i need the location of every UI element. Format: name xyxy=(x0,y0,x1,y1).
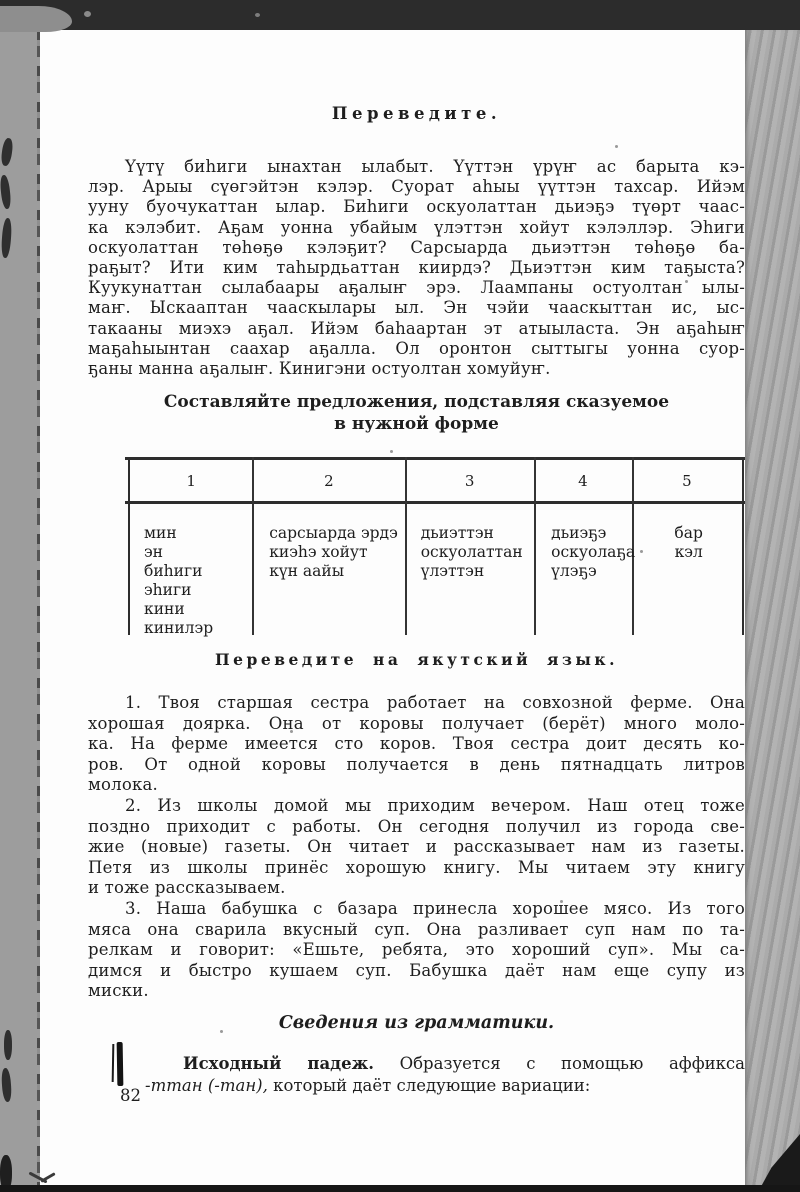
text-line: раҕыт? Ити ким таһырдьаттан киирдэ? Дьиэ… xyxy=(88,258,745,278)
grammar-affix: -ттан (-тан), xyxy=(145,1076,268,1095)
text-line: кинилэр xyxy=(144,619,249,638)
text-line: поздно приходит с работы. Он сегодня пол… xyxy=(88,817,745,838)
text-line: такааны миэхэ аҕал. Ийэм баһаартан эт ат… xyxy=(88,319,745,339)
page-number: 82 xyxy=(120,1086,141,1105)
yakut-exercise-paragraph: Үүтү биһиги ынахтан ылабыт. Үүттэн үрүҥ … xyxy=(88,157,745,379)
text-line: маҥ. Ыскааптан чааскылары ыл. Эн чэйи ча… xyxy=(88,298,745,318)
grammar-paragraph: Исходный падеж. Образуется с помощью афф… xyxy=(145,1053,745,1096)
text-line: 2. Из школы домой мы приходим вечером. Н… xyxy=(88,796,745,817)
grammar-heading: Сведения из грамматики. xyxy=(88,1013,745,1033)
scan-edge-top xyxy=(0,0,800,30)
scan-artifact xyxy=(0,137,14,166)
russian-paragraph-3: 3. Наша бабушка с базара принесла хороше… xyxy=(88,899,745,1002)
grammar-line2: -ттан (-тан), который даёт следующие вар… xyxy=(145,1075,745,1097)
page-sheet: Переведите. Үүтү биһиги ынахтан ылабыт. … xyxy=(40,30,745,1185)
text-line: Петя из школы принёс хорошую книгу. Мы ч… xyxy=(88,858,745,879)
margin-mark xyxy=(112,1042,124,1086)
grammar-line1: Исходный падеж. Образуется с помощью афф… xyxy=(145,1053,745,1075)
text-line: үлэҕэ xyxy=(551,562,635,581)
text-line: жие (новые) газеты. Он читает и рассказы… xyxy=(88,837,745,858)
text-line: ка кэлэбит. Аҕам уонна убайым үлэттэн хо… xyxy=(88,218,745,238)
text-line: молока. xyxy=(88,775,745,796)
text-line: мин xyxy=(144,524,249,543)
text-line: дьиэттэн xyxy=(421,524,531,543)
table-column-header: 5 xyxy=(632,460,742,501)
scan-artifact xyxy=(4,1030,12,1060)
scan-artifact xyxy=(1,1068,12,1103)
text-line: үлэттэн xyxy=(421,562,531,581)
text-line: ка. На ферме имеется сто коров. Твоя сес… xyxy=(88,734,745,755)
text-line: миски. xyxy=(88,981,745,1002)
text-line: 3. Наша бабушка с базара принесла хороше… xyxy=(88,899,745,920)
text-line: ҕаны манна аҕалыҥ. Кинигэни остуолтан хо… xyxy=(88,359,745,379)
grammar-term: Исходный падеж. xyxy=(183,1054,374,1073)
text-line: релкам и говорит: «Ешьте, ребята, это хо… xyxy=(88,940,745,961)
text-line: дьиэҕэ xyxy=(551,524,635,543)
table-column-header: 1 xyxy=(130,460,252,501)
text-line: сарсыарда эрдэ xyxy=(269,524,401,543)
table-column-header: 2 xyxy=(252,460,405,501)
text-line: кини xyxy=(144,600,249,619)
page-fold-line xyxy=(37,30,40,1185)
scan-artifact xyxy=(758,1134,800,1192)
text-line: мяса она сварила вкусный суп. Она разлив… xyxy=(88,920,745,941)
text-line: оскуолаттан xyxy=(421,543,531,562)
russian-paragraph-2: 2. Из школы домой мы приходим вечером. Н… xyxy=(88,796,745,899)
russian-exercise: 1. Твоя старшая сестра работает на совхо… xyxy=(88,693,745,1002)
scan-edge-right xyxy=(745,28,800,1192)
text-line: кэл xyxy=(641,543,736,562)
grammar-line2-rest: который даёт следующие вариации: xyxy=(273,1076,590,1095)
task-heading-line2: в нужной форме xyxy=(88,413,745,435)
scan-edge-bottom xyxy=(0,1185,800,1192)
text-line: ууну буочукаттан ылар. Биһиги оскуолатта… xyxy=(88,197,745,217)
table-cell: баркэл xyxy=(641,504,742,635)
section-heading-translate-to-yakut: Переведите на якутский язык. xyxy=(88,650,745,669)
text-line: Үүтү биһиги ынахтан ылабыт. Үүттэн үрүҥ … xyxy=(88,157,745,177)
task-heading: Составляйте предложения, подставляя сказ… xyxy=(88,391,745,435)
section-heading-translate: Переведите. xyxy=(88,104,745,123)
scan-edge-left xyxy=(0,30,40,1192)
text-line: күн аайы xyxy=(269,562,401,581)
table-cell: дьиэттэноскуолаттанүлэттэн xyxy=(407,504,537,635)
table-header-row: 1 2 3 4 5 xyxy=(130,460,742,501)
text-line: ров. От одной коровы получается в день п… xyxy=(88,755,745,776)
text-line: и тоже рассказываем. xyxy=(88,878,745,899)
text-line: киэһэ хойут xyxy=(269,543,401,562)
scan-artifact xyxy=(0,175,12,210)
scan-artifact xyxy=(615,145,618,148)
text-line: 1. Твоя старшая сестра работает на совхо… xyxy=(88,693,745,714)
scan-artifact xyxy=(84,11,91,17)
text-line: оскуолаттан төһөҕө кэлэҕит? Сарсыарда дь… xyxy=(88,238,745,258)
table-body-row: минэнбиһигиэһигикиникинилэр сарсыарда эр… xyxy=(130,504,742,635)
text-line: бар xyxy=(641,524,736,543)
text-line: эн xyxy=(144,543,249,562)
substitution-table: 1 2 3 4 5 минэнбиһигиэһигикиникинилэр са… xyxy=(128,457,744,635)
table-cell: минэнбиһигиэһигикиникинилэр xyxy=(130,504,255,635)
scan-artifact xyxy=(390,450,393,453)
scan-artifact xyxy=(255,13,260,17)
table-column-header: 3 xyxy=(405,460,534,501)
task-heading-line1: Составляйте предложения, подставляя сказ… xyxy=(88,391,745,413)
text-line: хорошая доярка. Она от коровы получает (… xyxy=(88,714,745,735)
scan-artifact xyxy=(1,218,13,259)
text-line: эһиги xyxy=(144,581,249,600)
text-line: лэр. Арыы сүөгэйтэн кэлэр. Суорат аһыы ү… xyxy=(88,177,745,197)
text-line: оскуолаҕа xyxy=(551,543,635,562)
text-line: Куукунаттан сылабаары аҕалыҥ эрэ. Лаампа… xyxy=(88,278,745,298)
russian-paragraph-1: 1. Твоя старшая сестра работает на совхо… xyxy=(88,693,745,796)
table-column-header: 4 xyxy=(534,460,632,501)
scan-artifact xyxy=(112,1044,115,1082)
text-line: биһиги xyxy=(144,562,249,581)
grammar-line1-rest: Образуется с помощью аффикса xyxy=(400,1054,745,1073)
scan-artifact xyxy=(0,6,72,32)
table-cell: дьиэҕэоскуолаҕаүлэҕэ xyxy=(537,504,641,635)
text-line: маҕаһыынтан саахар аҕалла. Ол оронтон сы… xyxy=(88,339,745,359)
table-cell: сарсыарда эрдэкиэһэ хойуткүн аайы xyxy=(255,504,407,635)
scan-artifact xyxy=(117,1042,124,1086)
text-line: димся и быстро кушаем суп. Бабушка даёт … xyxy=(88,961,745,982)
